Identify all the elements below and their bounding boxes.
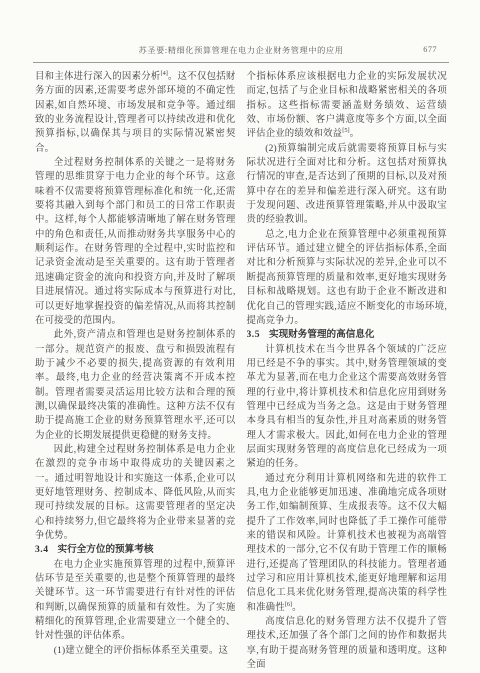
paragraph-text: 。 (292, 603, 302, 613)
running-title: 苏圣要:精细化预算管理在电力企业财务管理中的应用 (33, 45, 449, 56)
paragraph: 计算机技术在当今世界各个领域的广泛应用已经是不争的事实。其中,财务管理领域的变革… (247, 343, 448, 472)
paragraph: 个指标体系应该根据电力企业的实际发展状况而定,包括了与企业目标和战略紧密相关的各… (247, 70, 448, 142)
paragraph: (1)建立健全的评价指标体系至关重要。这 (35, 644, 236, 658)
paragraph: 通过充分利用计算机网络和先进的软件工具,电力企业能够更加迅速、准确地完成各项财务… (247, 472, 448, 615)
paragraph: 目和主体进行深入的因素分析[4]。这不仅包括财务方面的因素,还需要考虑外部环境的… (35, 70, 236, 156)
citation-marker: [4] (161, 70, 168, 77)
citation-marker: [5] (342, 127, 349, 134)
right-column: 个指标体系应该根据电力企业的实际发展状况而定,包括了与企业目标和战略紧密相关的各… (247, 70, 448, 672)
running-header: 苏圣要:精细化预算管理在电力企业财务管理中的应用 677 (33, 45, 449, 59)
paragraph-text: 通过充分利用计算机网络和先进的软件工具,电力企业能够更加迅速、准确地完成各项财务… (247, 474, 448, 613)
left-column: 目和主体进行深入的因素分析[4]。这不仅包括财务方面的因素,还需要考虑外部环境的… (35, 70, 236, 672)
paragraph: 总之,电力企业在预算管理中必须重视预算评估环节。通过建立健全的评估指标体系,全面… (247, 228, 448, 328)
paragraph-text: 目和主体进行深入的因素分析 (35, 72, 161, 82)
page-number: 677 (423, 45, 437, 54)
section-number: 3.5 (247, 329, 261, 340)
section-heading-3-4: 3.4实行全方位的预算考核 (35, 543, 236, 557)
paragraph-text: 。 (350, 129, 360, 139)
paragraph-text: 。这不仅包括财务方面的因素,还需要考虑外部环境的不确定性因素,如自然环境、市场发… (35, 72, 236, 154)
paragraph: 高度信息化的财务管理方法不仅提升了管理技术,还加强了各个部门之间的协作和数据共享… (247, 615, 448, 672)
paragraph: 此外,资产清点和管理也是财务控制体系的一部分。规范资产的报废、盘亏和损毁流程有助… (35, 328, 236, 443)
section-title: 实行全方位的预算考核 (58, 544, 154, 555)
section-heading-3-5: 3.5实现财务管理的高信息化 (247, 328, 448, 342)
section-number: 3.4 (35, 544, 49, 555)
section-title: 实现财务管理的高信息化 (269, 329, 375, 340)
paragraph: 全过程财务控制体系的关键之一是将财务管理的思维贯穿于电力企业的每个环节。这意味着… (35, 156, 236, 328)
paragraph: (2)预算编制完成后就需要将预算目标与实际状况进行全面对比和分析。这包括对预算执… (247, 142, 448, 228)
paragraph: 在电力企业实施预算管理的过程中,预算评估环节是至关重要的,也是整个预算管理的最终… (35, 558, 236, 644)
paragraph: 因此,构建全过程财务控制体系是电力企业在激烈的竞争市场中取得成功的关键因素之一。… (35, 443, 236, 543)
content-columns: 目和主体进行深入的因素分析[4]。这不仅包括财务方面的因素,还需要考虑外部环境的… (35, 70, 447, 672)
paper-page: 苏圣要:精细化预算管理在电力企业财务管理中的应用 677 目和主体进行深入的因素… (0, 0, 480, 673)
header-rule (33, 62, 449, 63)
